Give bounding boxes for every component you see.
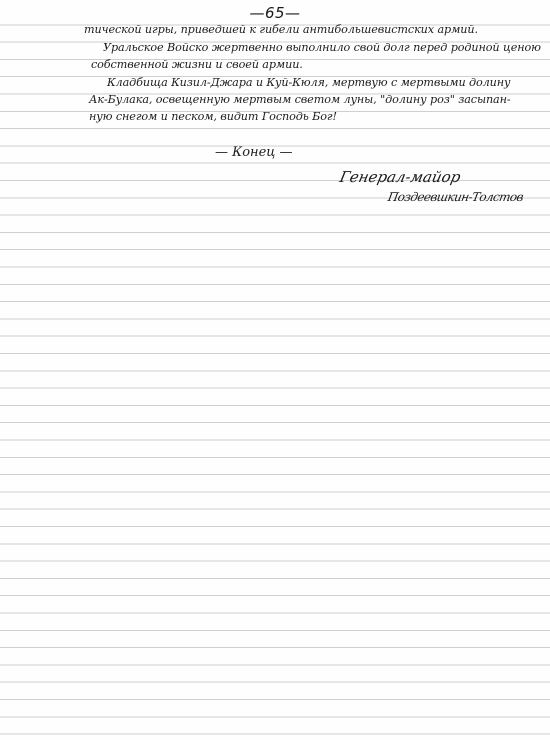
- signature-line-2: Поздеевшкин-Толстов: [387, 190, 524, 204]
- signature-line-1: Генерал-майор: [338, 168, 462, 186]
- text-line-1: тической игры, приведшей к гибели антибо…: [84, 23, 478, 36]
- text-line-4: Кладбища Кизил-Джара и Куй-Кюля, мертвую…: [107, 76, 510, 89]
- handwritten-page: —65— тической игры, приведшей к гибели а…: [0, 0, 550, 740]
- text-line-5: Ак-Булака, освещенную мертвым светом лун…: [89, 93, 511, 106]
- text-line-6: ную снегом и песком, видит Господь Бог!: [89, 110, 337, 123]
- text-line-3: собственной жизни и своей армии.: [91, 58, 303, 71]
- ending-mark: — Конец —: [215, 145, 292, 160]
- page-number: —65—: [0, 4, 550, 22]
- text-line-2: Уральское Войско жертвенно выполнило сво…: [103, 41, 541, 54]
